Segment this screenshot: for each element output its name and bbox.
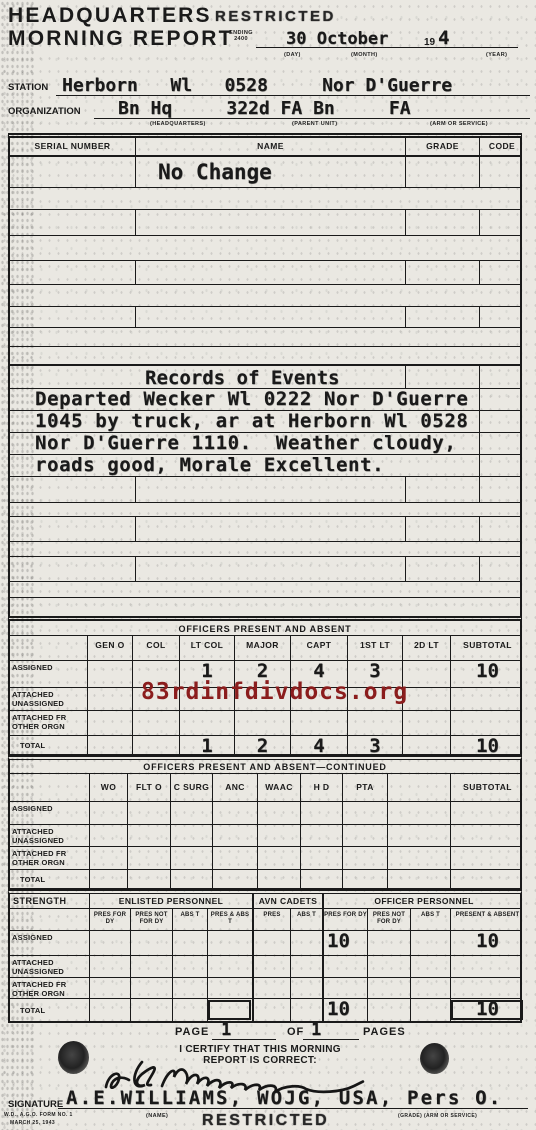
officers-title: OFFICERS PRESENT AND ABSENT bbox=[10, 621, 520, 636]
continued-attached-fr-row: ATTACHED FR OTHER ORGN bbox=[10, 847, 520, 870]
event-line: Nor D'Guerre 1110. Weather cloudy, bbox=[10, 433, 479, 454]
continued-attached-row: ATTACHED UNASSIGNED bbox=[10, 825, 520, 847]
event-line-row: Departed Wecker Wl 0222 Nor D'Guerre bbox=[10, 389, 520, 411]
col-subtotal2: SUBTOTAL bbox=[450, 774, 524, 801]
officers-continued-header-row: WO FLT O C SURG ANC WAAC H D PTA SUBTOTA… bbox=[10, 774, 520, 802]
organization-value: Bn Hq 322d FA Bn FA bbox=[118, 98, 411, 119]
roster-header-row: SERIAL NUMBER NAME GRADE CODE bbox=[10, 138, 520, 157]
total-1stlt: 3 bbox=[347, 736, 402, 754]
pages-value: 1 bbox=[311, 1020, 321, 1040]
roster-table: SERIAL NUMBER NAME GRADE CODE No Change … bbox=[8, 133, 522, 616]
col-subtotal: SUBTOTAL bbox=[450, 636, 524, 660]
morning-report-scan: HEADQUARTERS RESTRICTED MORNING REPORT E… bbox=[0, 0, 536, 1130]
total-ep-pres-abs-box bbox=[207, 999, 252, 1021]
officers-header-row: GEN O COL LT COL MAJOR CAPT 1ST LT 2D LT… bbox=[10, 636, 520, 661]
event-line-row: roads good, Morale Excellent. bbox=[10, 455, 520, 477]
continued-assigned-row: ASSIGNED bbox=[10, 802, 520, 825]
assigned-off-present-absent: 10 bbox=[450, 931, 524, 955]
form-header: HEADQUARTERS RESTRICTED MORNING REPORT E… bbox=[0, 0, 536, 133]
page-value: 1 bbox=[221, 1020, 231, 1040]
ending-2400-label: ENDING 2400 bbox=[226, 30, 256, 42]
roster-blank-row bbox=[10, 557, 520, 582]
caption-arm-service: (ARM OR SERVICE) bbox=[430, 121, 488, 127]
page-label: PAGE bbox=[175, 1026, 209, 1038]
col-pta: PTA bbox=[342, 774, 387, 801]
roster-blank-row bbox=[10, 328, 520, 347]
organization-label: ORGANIZATION bbox=[8, 106, 81, 117]
caption-name: (NAME) bbox=[146, 1113, 168, 1119]
col-major: MAJOR bbox=[234, 636, 290, 660]
roster-blank-row bbox=[10, 477, 520, 503]
strength-attached-fr-row: ATTACHED FR OTHER ORGN bbox=[10, 978, 520, 999]
col-serial-number: SERIAL NUMBER bbox=[10, 138, 135, 155]
event-line: 1045 by truck, ar at Herborn Wl 0528 bbox=[10, 411, 479, 432]
roster-entry-row: No Change bbox=[10, 157, 520, 188]
form-date: MARCH 25, 1943 bbox=[10, 1120, 55, 1126]
watermark: 83rdinfdivdocs.org bbox=[141, 679, 408, 705]
sub-off-abs-t: ABS T bbox=[410, 909, 450, 930]
col-anc: ANC bbox=[212, 774, 257, 801]
roster-blank-row bbox=[10, 307, 520, 328]
date-value: 30 October bbox=[286, 29, 388, 49]
group-avn-cadets: AVN CADETS bbox=[252, 894, 322, 908]
col-h-d: H D bbox=[300, 774, 342, 801]
roster-blank-row bbox=[10, 598, 520, 616]
caption-grade-arm: (GRADE) (ARM OR SERVICE) bbox=[398, 1113, 477, 1119]
col-code: CODE bbox=[479, 138, 524, 155]
col-name: NAME bbox=[135, 138, 405, 155]
group-enlisted-personnel: ENLISTED PERSONNEL bbox=[89, 894, 252, 908]
roster-blank-row bbox=[10, 503, 520, 517]
col-lt-col: LT COL bbox=[179, 636, 234, 660]
col-col: COL bbox=[132, 636, 179, 660]
total-off-present-absent: 10 bbox=[450, 999, 524, 1021]
caption-day: (DAY) bbox=[284, 52, 301, 58]
form-footer: PAGE 1 OF 1 PAGES I CERTIFY THAT THIS MO… bbox=[0, 1019, 536, 1130]
roster-blank-row bbox=[10, 347, 520, 366]
total-subtotal: 10 bbox=[450, 736, 524, 754]
officers-continued-title: OFFICERS PRESENT AND ABSENT—CONTINUED bbox=[10, 760, 520, 774]
col-flt-o: FLT O bbox=[127, 774, 170, 801]
of-label: OF bbox=[287, 1026, 304, 1038]
signature-label: SIGNATURE bbox=[8, 1099, 63, 1110]
assigned-off-pres-for-dy: 10 bbox=[322, 931, 367, 955]
sub-ep-pres-abs-t: PRES & ABS T bbox=[207, 909, 252, 930]
strength-attached-row: ATTACHED UNASSIGNED bbox=[10, 956, 520, 978]
col-capt: CAPT bbox=[290, 636, 347, 660]
officers-total-row: TOTAL 1 2 4 3 10 bbox=[10, 736, 520, 756]
roster-blank-row bbox=[10, 210, 520, 236]
sub-avn-abs-t: ABS T bbox=[290, 909, 322, 930]
caption-year: (YEAR) bbox=[486, 52, 507, 58]
event-line: roads good, Morale Excellent. bbox=[10, 455, 479, 476]
strength-subheader-row: PRES FOR DY PRES NOT FOR DY ABS T PRES &… bbox=[10, 909, 520, 931]
year-value: 4 bbox=[438, 27, 449, 49]
total-ltcol: 1 bbox=[179, 736, 234, 754]
signature-script bbox=[90, 1047, 390, 1102]
event-line-row: Nor D'Guerre 1110. Weather cloudy, bbox=[10, 433, 520, 455]
sub-ep-pres-for-dy: PRES FOR DY bbox=[89, 909, 130, 930]
total-off-pres-for-dy: 10 bbox=[322, 999, 367, 1021]
strength-table: STRENGTH ENLISTED PERSONNEL AVN CADETS O… bbox=[8, 890, 522, 1023]
restricted-stamp-top: RESTRICTED bbox=[215, 8, 336, 25]
total-capt: 4 bbox=[290, 736, 347, 754]
sub-ep-abs-t: ABS T bbox=[172, 909, 207, 930]
caption-month: (MONTH) bbox=[351, 52, 378, 58]
events-title-row: Records of Events bbox=[10, 366, 520, 389]
caption-headquarters: (HEADQUARTERS) bbox=[150, 121, 206, 127]
assigned-subtotal: 10 bbox=[450, 661, 524, 687]
col-gen-o: GEN O bbox=[87, 636, 132, 660]
year-printed: 19 bbox=[424, 37, 435, 48]
roster-blank-row bbox=[10, 236, 520, 261]
sub-off-pres-not-for-dy: PRES NOT FOR DY bbox=[367, 909, 410, 930]
total-major: 2 bbox=[234, 736, 290, 754]
strength-label: STRENGTH bbox=[10, 894, 89, 908]
punch-hole-left bbox=[58, 1041, 89, 1074]
station-label: STATION bbox=[8, 82, 48, 93]
station-value: Herborn Wl 0528 Nor D'Guerre bbox=[62, 75, 452, 96]
morning-report-title: MORNING REPORT bbox=[8, 27, 234, 51]
event-line: Departed Wecker Wl 0222 Nor D'Guerre bbox=[10, 389, 479, 410]
officers-attached-fr-row: ATTACHED FR OTHER ORGN bbox=[10, 711, 520, 736]
col-1st-lt: 1ST LT bbox=[347, 636, 402, 660]
sub-off-pres-for-dy: PRES FOR DY bbox=[322, 909, 367, 930]
strength-assigned-row: ASSIGNED 10 10 bbox=[10, 931, 520, 956]
event-line-row: 1045 by truck, ar at Herborn Wl 0528 bbox=[10, 411, 520, 433]
col-blank bbox=[387, 774, 450, 801]
sub-off-present-absent: PRESENT & ABSENT bbox=[450, 909, 524, 930]
continued-total-row: TOTAL bbox=[10, 870, 520, 890]
roster-blank-row bbox=[10, 582, 520, 598]
roster-entry-no-change: No Change bbox=[136, 157, 272, 184]
roster-blank-row bbox=[10, 188, 520, 210]
events-title: Records of Events bbox=[10, 366, 339, 388]
restricted-stamp-bottom: RESTRICTED bbox=[202, 1112, 329, 1130]
pages-label: PAGES bbox=[363, 1026, 406, 1038]
form-id: W.D., A.G.O. FORM NO. 1 bbox=[4, 1112, 73, 1118]
col-grade: GRADE bbox=[405, 138, 479, 155]
group-officer-personnel: OFFICER PERSONNEL bbox=[322, 894, 524, 908]
punch-hole-right bbox=[420, 1043, 449, 1074]
roster-blank-row bbox=[10, 517, 520, 542]
col-c-surg: C SURG bbox=[170, 774, 212, 801]
officers-continued-table: OFFICERS PRESENT AND ABSENT—CONTINUED WO… bbox=[8, 756, 522, 890]
col-2d-lt: 2D LT bbox=[402, 636, 450, 660]
roster-blank-row bbox=[10, 285, 520, 307]
sub-ep-pres-not-for-dy: PRES NOT FOR DY bbox=[130, 909, 172, 930]
roster-blank-row bbox=[10, 261, 520, 285]
caption-parent-unit: (PARENT UNIT) bbox=[292, 121, 337, 127]
roster-blank-row bbox=[10, 542, 520, 557]
sub-avn-pres: PRES bbox=[252, 909, 290, 930]
col-wo: WO bbox=[89, 774, 127, 801]
strength-group-header-row: STRENGTH ENLISTED PERSONNEL AVN CADETS O… bbox=[10, 894, 520, 909]
headquarters-title: HEADQUARTERS bbox=[8, 4, 212, 28]
col-waac: WAAC bbox=[257, 774, 300, 801]
